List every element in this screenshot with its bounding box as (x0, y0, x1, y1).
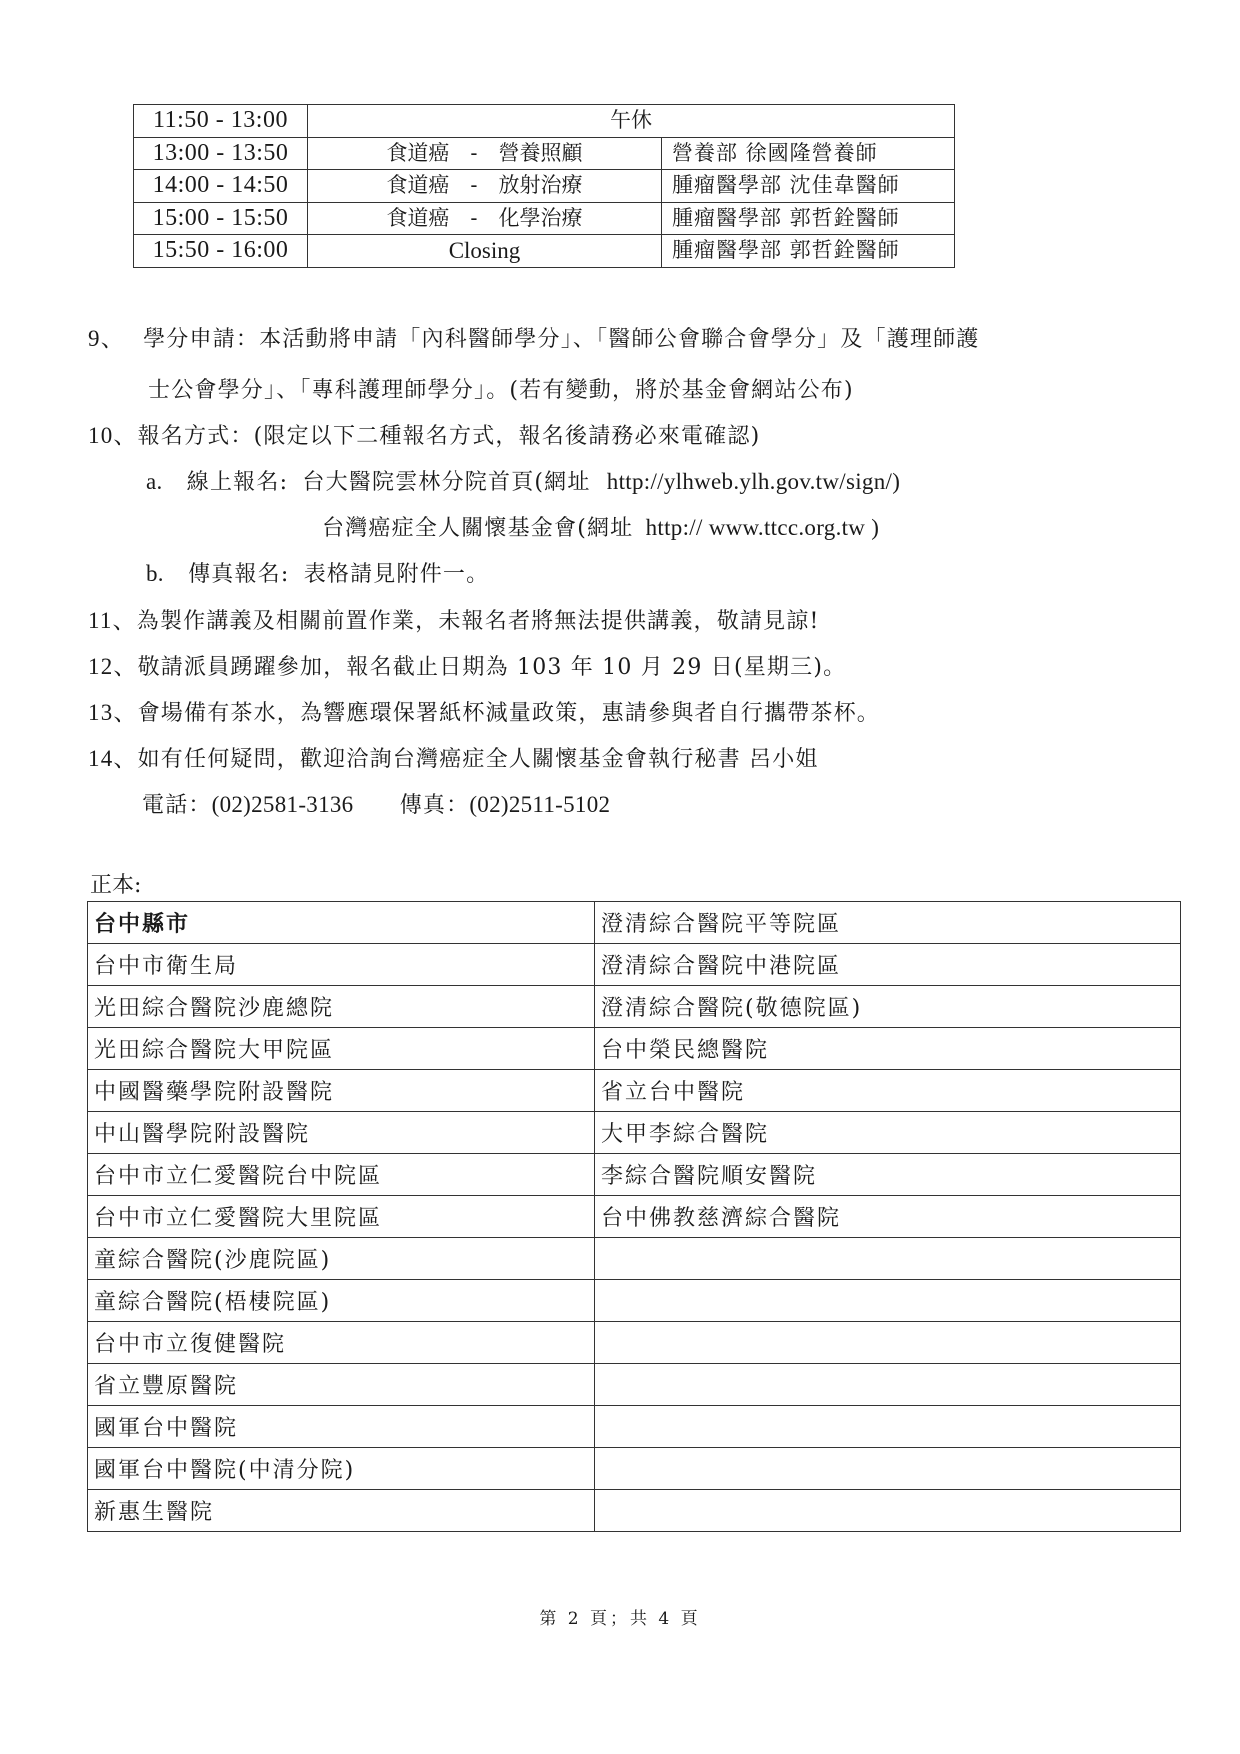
table-row: 台中市立復健醫院 (88, 1322, 1181, 1364)
recipient-cell: 光田綜合醫院大甲院區 (88, 1028, 595, 1070)
recipient-cell: 省立豐原醫院 (88, 1364, 595, 1406)
recipient-cell (595, 1238, 1181, 1280)
recipient-cell: 澄清綜合醫院平等院區 (595, 902, 1181, 944)
schedule-topic: 食道癌 - 營養照顧 (308, 137, 662, 170)
schedule-row: 14:00 - 14:50 食道癌 - 放射治療 腫瘤醫學部 沈佳韋醫師 (134, 170, 955, 203)
item-9: 9、 學分申請：本活動將申請「內科醫師學分」、「醫師公會聯合會學分」及「護理師護 (88, 324, 980, 355)
recipient-cell (595, 1406, 1181, 1448)
option-marker: a. (146, 469, 163, 494)
table-row: 中國醫藥學院附設醫院省立台中醫院 (88, 1070, 1181, 1112)
item-text: 敬請派員踴躍參加，報名截止日期為 103 年 10 月 29 日(星期三)。 (138, 655, 847, 680)
schedule-time: 15:50 - 16:00 (134, 235, 308, 268)
fax-label: 傳真： (400, 793, 470, 818)
schedule-row: 13:00 - 13:50 食道癌 - 營養照顧 營養部 徐國隆營養師 (134, 137, 955, 170)
schedule-time: 11:50 - 13:00 (134, 105, 308, 138)
recipient-cell: 李綜合醫院順安醫院 (595, 1154, 1181, 1196)
table-row: 台中市立仁愛醫院台中院區李綜合醫院順安醫院 (88, 1154, 1181, 1196)
recipient-cell: 台中市衛生局 (88, 944, 595, 986)
schedule-speaker: 腫瘤醫學部 沈佳韋醫師 (662, 170, 955, 203)
schedule-time: 14:00 - 14:50 (134, 170, 308, 203)
recipient-cell: 澄清綜合醫院中港院區 (595, 944, 1181, 986)
item-12: 12、敬請派員踴躍參加，報名截止日期為 103 年 10 月 29 日(星期三)… (88, 652, 846, 683)
item-number: 10、 (88, 423, 138, 448)
recipient-cell: 台中市立仁愛醫院大里院區 (88, 1196, 595, 1238)
table-row: 省立豐原醫院 (88, 1364, 1181, 1406)
item-text: 會場備有茶水，為響應環保署紙杯減量政策，惠請參與者自行攜帶茶杯。 (138, 701, 880, 726)
item-number: 9、 (88, 326, 125, 351)
table-row: 中山醫學院附設醫院大甲李綜合醫院 (88, 1112, 1181, 1154)
recipient-cell: 國軍台中醫院(中清分院) (88, 1448, 595, 1490)
recipient-cell: 中山醫學院附設醫院 (88, 1112, 595, 1154)
recipient-cell (595, 1322, 1181, 1364)
option-label: 線上報名: (187, 470, 288, 495)
recipient-cell (595, 1280, 1181, 1322)
item-9-continuation: 士公會學分」、「專科護理師學分」。(若有變動，將於基金會網站公布) (148, 376, 854, 406)
phone-label: 電話： (142, 793, 212, 818)
recipient-cell: 童綜合醫院(沙鹿院區) (88, 1238, 595, 1280)
recipient-cell: 新惠生醫院 (88, 1490, 595, 1532)
recipient-cell: 台中佛教慈濟綜合醫院 (595, 1196, 1181, 1238)
table-row: 國軍台中醫院 (88, 1406, 1181, 1448)
table-row: 國軍台中醫院(中清分院) (88, 1448, 1181, 1490)
option-label: 傳真報名: (188, 562, 289, 587)
recipient-cell: 台中市立仁愛醫院台中院區 (88, 1154, 595, 1196)
page-indicator: 第 2 頁；共 4 頁 (0, 1604, 1240, 1629)
table-row: 台中市立仁愛醫院大里院區台中佛教慈濟綜合醫院 (88, 1196, 1181, 1238)
recipient-cell: 童綜合醫院(梧棲院區) (88, 1280, 595, 1322)
schedule-topic: 食道癌 - 化學治療 (308, 202, 662, 235)
schedule-table: 11:50 - 13:00 午休 13:00 - 13:50 食道癌 - 營養照… (133, 104, 955, 268)
registration-online-alt: 台灣癌症全人關懷基金會(網址 http:// www.ttcc.org.tw ) (322, 513, 879, 544)
item-number: 11、 (88, 608, 137, 633)
schedule-speaker: 腫瘤醫學部 郭哲銓醫師 (662, 202, 955, 235)
option-text: 表格請見附件一。 (304, 562, 490, 587)
recipient-cell: 國軍台中醫院 (88, 1406, 595, 1448)
schedule-speaker: 腫瘤醫學部 郭哲銓醫師 (662, 235, 955, 268)
recipients-table: 台中縣市澄清綜合醫院平等院區 台中市衛生局澄清綜合醫院中港院區 光田綜合醫院沙鹿… (87, 901, 1181, 1532)
recipient-cell: 光田綜合醫院沙鹿總院 (88, 986, 595, 1028)
item-number: 13、 (88, 700, 138, 725)
item-number: 12、 (88, 654, 138, 679)
table-row: 新惠生醫院 (88, 1490, 1181, 1532)
recipient-cell (595, 1448, 1181, 1490)
table-row: 光田綜合醫院大甲院區台中榮民總醫院 (88, 1028, 1181, 1070)
schedule-topic: 食道癌 - 放射治療 (308, 170, 662, 203)
hospital-url-link[interactable]: http://ylhweb.ylh.gov.tw/sign/) (607, 469, 900, 494)
table-row: 台中市衛生局澄清綜合醫院中港院區 (88, 944, 1181, 986)
registration-online: a. 線上報名: 台大醫院雲林分院首頁(網址 http://ylhweb.ylh… (146, 467, 900, 498)
schedule-row: 11:50 - 13:00 午休 (134, 105, 955, 138)
recipient-cell: 省立台中醫院 (595, 1070, 1181, 1112)
item-number: 14、 (88, 746, 138, 771)
schedule-time: 15:00 - 15:50 (134, 202, 308, 235)
schedule-speaker: 營養部 徐國隆營養師 (662, 137, 955, 170)
item-10: 10、報名方式：(限定以下二種報名方式，報名後請務必來電確認) (88, 421, 760, 452)
item-text: 學分申請：本活動將申請「內科醫師學分」、「醫師公會聯合會學分」及「護理師護 (143, 327, 979, 352)
option-text: 台灣癌症全人關懷基金會(網址 (322, 516, 633, 541)
recipient-cell: 台中縣市 (88, 902, 595, 944)
recipient-cell: 大甲李綜合醫院 (595, 1112, 1181, 1154)
schedule-time: 13:00 - 13:50 (134, 137, 308, 170)
option-text: 台大醫院雲林分院首頁(網址 (302, 470, 590, 495)
recipients-label: 正本: (90, 868, 141, 899)
schedule-topic: Closing (308, 235, 662, 268)
schedule-row: 15:00 - 15:50 食道癌 - 化學治療 腫瘤醫學部 郭哲銓醫師 (134, 202, 955, 235)
item-text: 如有任何疑問，歡迎洽詢台灣癌症全人關懷基金會執行秘書 呂小姐 (138, 747, 819, 772)
schedule-row: 15:50 - 16:00 Closing 腫瘤醫學部 郭哲銓醫師 (134, 235, 955, 268)
table-row: 童綜合醫院(梧棲院區) (88, 1280, 1181, 1322)
option-marker: b. (146, 561, 164, 586)
item-text: 為製作講義及相關前置作業，未報名者將無法提供講義，敬請見諒! (137, 609, 820, 634)
registration-fax: b. 傳真報名: 表格請見附件一。 (146, 559, 489, 590)
table-row: 童綜合醫院(沙鹿院區) (88, 1238, 1181, 1280)
item-14: 14、如有任何疑問，歡迎洽詢台灣癌症全人關懷基金會執行秘書 呂小姐 (88, 744, 819, 775)
recipient-cell: 台中榮民總醫院 (595, 1028, 1181, 1070)
recipient-cell: 澄清綜合醫院(敬德院區) (595, 986, 1181, 1028)
recipient-cell: 台中市立復健醫院 (88, 1322, 595, 1364)
item-13: 13、會場備有茶水，為響應環保署紙杯減量政策，惠請參與者自行攜帶茶杯。 (88, 698, 880, 729)
table-row: 光田綜合醫院沙鹿總院澄清綜合醫院(敬德院區) (88, 986, 1181, 1028)
foundation-url-link[interactable]: http:// www.ttcc.org.tw ) (646, 515, 880, 540)
contact-info: 電話：(02)2581-3136 傳真：(02)2511-5102 (142, 790, 610, 821)
table-row: 台中縣市澄清綜合醫院平等院區 (88, 902, 1181, 944)
item-11: 11、為製作講義及相關前置作業，未報名者將無法提供講義，敬請見諒! (88, 606, 820, 637)
recipient-cell: 中國醫藥學院附設醫院 (88, 1070, 595, 1112)
recipient-cell (595, 1490, 1181, 1532)
fax-number: (02)2511-5102 (469, 792, 610, 817)
recipient-cell (595, 1364, 1181, 1406)
item-text: 報名方式：(限定以下二種報名方式，報名後請務必來電確認) (138, 424, 761, 449)
phone-number: (02)2581-3136 (212, 792, 354, 817)
schedule-topic: 午休 (308, 105, 955, 138)
